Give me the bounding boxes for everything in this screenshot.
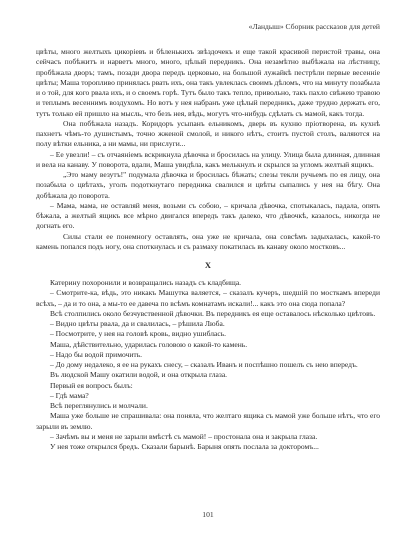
dialogue-line: – Надо бы водой примочить. — [36, 350, 380, 360]
chapter-heading: X — [36, 260, 380, 270]
paragraph: Первый ея вопросъ былъ: — [36, 381, 380, 391]
dialogue-line: – Видно цвѣты рвала, да и свалилась, – р… — [36, 319, 380, 329]
paragraph: Въ людской Машу окатили водой, и она отк… — [36, 370, 380, 380]
dialogue-line: – Зачѣмъ вы и меня не зарыли вмѣстѣ съ м… — [36, 432, 380, 442]
dialogue-line: – До дому недалеко, я ее на рукахъ снесу… — [36, 360, 380, 370]
dialogue-line: – Гдѣ мама? — [36, 391, 380, 401]
body-text: цвѣты, много желтыхъ цикорiевъ и бѣленьк… — [36, 47, 380, 452]
paragraph: Силы стали ее понемногу оставлять, она у… — [36, 232, 380, 253]
paragraph: Катерину похоронили и возвращались назад… — [36, 278, 380, 288]
dialogue-line: – Посмотрите, у нея на головѣ кровь, вид… — [36, 329, 380, 339]
dialogue-line: – Ее увезли! – съ отчаянiемъ вскрикнула … — [36, 150, 380, 171]
paragraph: Маша уже больше не спрашивала: она понял… — [36, 411, 380, 432]
paragraph: Маша, дѣйствительно, ударилась головою о… — [36, 340, 380, 350]
paragraph: цвѣты, много желтыхъ цикорiевъ и бѣленьк… — [36, 47, 380, 119]
paragraph: Всѣ столпились около безчувственной дѣво… — [36, 309, 380, 319]
paragraph: Всѣ переглянулись и молчали. — [36, 401, 380, 411]
running-header: «Ландыш» Сборник рассказов для детей — [249, 22, 380, 32]
paragraph: Она побѣжала назадъ. Коридоръ усыпанъ ел… — [36, 119, 380, 150]
book-page: «Ландыш» Сборник рассказов для детей цвѣ… — [36, 0, 380, 539]
dialogue-line: – Мама, мама, не оставляй меня, возьми с… — [36, 201, 380, 232]
paragraph: У нея тоже открылся бредъ. Сказали барын… — [36, 442, 380, 452]
dialogue-line: – Смотрите-ка, вѣдь, это никакъ Машутка … — [36, 288, 380, 309]
page-number: 101 — [36, 510, 380, 520]
paragraph: „Это маму везутъ!" подумала дѣвочка и бр… — [36, 170, 380, 201]
